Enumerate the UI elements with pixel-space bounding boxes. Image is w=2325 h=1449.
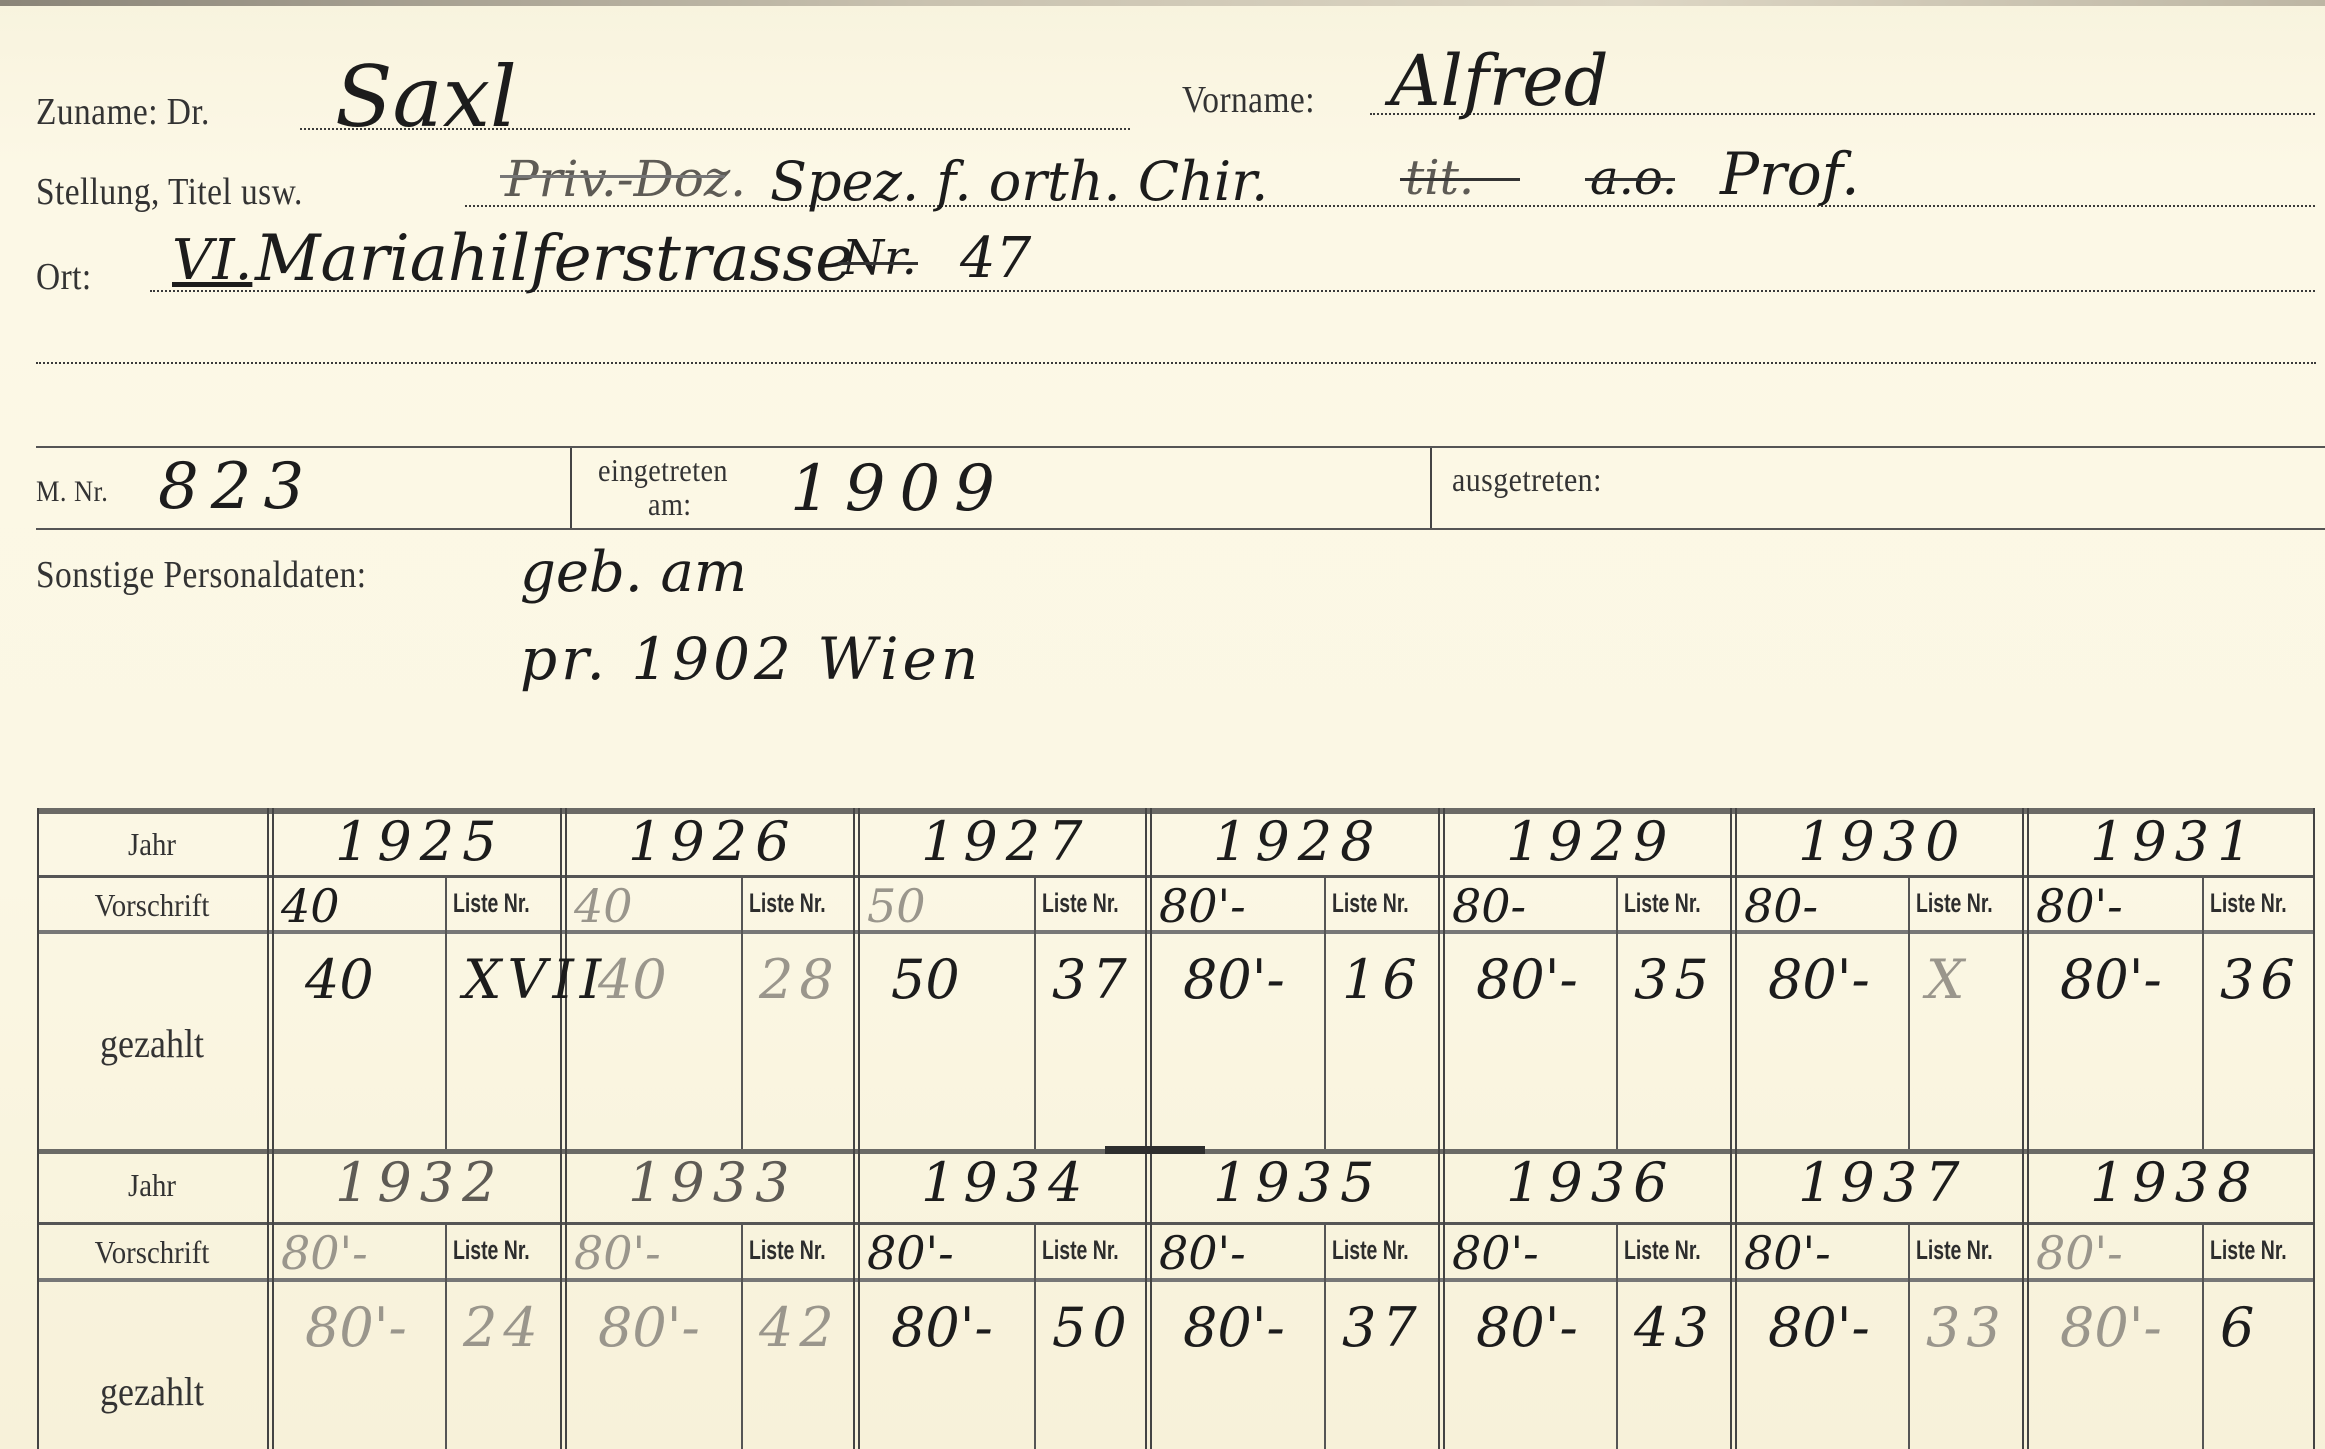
vorname-value: Alfred <box>1390 40 1609 122</box>
year-value: 1929 <box>1506 810 1675 873</box>
eingetreten-value: 1909 <box>790 452 1009 526</box>
ort-label: Ort: <box>36 255 92 299</box>
liste-nr-label: Liste Nr. <box>1624 1235 1701 1266</box>
table-2-column-border <box>1735 1149 1737 1449</box>
liste-nr-label: Liste Nr. <box>1332 1235 1409 1266</box>
table-1-column-border <box>267 808 269 1149</box>
gezahlt-value: 80'- <box>891 1296 993 1359</box>
table-1-subcolumn-border <box>445 875 447 1149</box>
gezahlt-value: 50 <box>891 948 960 1011</box>
vorschrift-value: 80'- <box>2036 1226 2123 1280</box>
year-value: 1930 <box>1798 810 1967 873</box>
year-value: 1926 <box>628 810 797 873</box>
table-2-subcolumn-border <box>1616 1222 1618 1449</box>
gezahlt-value: 80'- <box>2060 1296 2162 1359</box>
table-2-column-border <box>2027 1149 2029 1449</box>
table-1-column-border <box>1730 808 1732 1149</box>
year-value: 1937 <box>1798 1151 1967 1214</box>
year-value: 1928 <box>1213 810 1382 873</box>
liste-nr-value: X <box>1926 948 1970 1011</box>
gezahlt-value: 80'- <box>2060 948 2162 1011</box>
table-2-subcolumn-border <box>1324 1222 1326 1449</box>
mnr-label: M. Nr. <box>36 475 108 509</box>
table-1-column-border <box>858 808 860 1149</box>
liste-nr-value: 33 <box>1926 1296 2007 1359</box>
gezahlt-value: 80'- <box>598 1296 700 1359</box>
stellung-value-2: Prof. <box>1720 140 1860 208</box>
liste-nr-value: 43 <box>1634 1296 1715 1359</box>
table-1-column-border <box>853 808 855 1149</box>
liste-nr-value: 37 <box>1342 1296 1423 1359</box>
table-1-right-border <box>2313 808 2315 1149</box>
vorschrift-value: 80'- <box>1744 1226 1831 1280</box>
table-2-column-border <box>858 1149 860 1449</box>
membership-bottom-rule <box>36 528 2325 530</box>
table-2-subcolumn-border <box>2202 1222 2204 1449</box>
strikethrough <box>1585 178 1675 181</box>
vorschrift-value: 80'- <box>1159 1226 1246 1280</box>
year-value: 1927 <box>921 810 1090 873</box>
table-1-column-border <box>2027 808 2029 1149</box>
zuname-label: Zuname: Dr. <box>36 90 210 134</box>
table-2-row-divider <box>37 1222 2313 1225</box>
table-1-subcolumn-border <box>741 875 743 1149</box>
table-1-column-border <box>1443 808 1445 1149</box>
liste-nr-label: Liste Nr. <box>1042 1235 1119 1266</box>
vorschrift-value: 80- <box>1452 879 1526 933</box>
table-2-column-border <box>853 1149 855 1449</box>
table-2-left-border <box>37 1149 39 1449</box>
vorschrift-value: 80'- <box>281 1226 368 1280</box>
gezahlt-value: 80'- <box>1183 1296 1285 1359</box>
liste-nr-value: 28 <box>759 948 840 1011</box>
liste-nr-label: Liste Nr. <box>1916 1235 1993 1266</box>
stellung-struck-text: Priv.-Doz. <box>505 150 746 208</box>
mnr-value: 823 <box>158 450 316 524</box>
liste-nr-label: Liste Nr. <box>453 1235 530 1266</box>
table-1-subcolumn-border <box>1616 875 1618 1149</box>
table-2-column-border <box>1438 1149 1440 1449</box>
table-2-vorschrift-label: Vorschrift <box>49 1234 256 1271</box>
table-2-subcolumn-border <box>1034 1222 1036 1449</box>
vorschrift-value: 40 <box>574 879 633 933</box>
membership-top-rule <box>36 446 2325 448</box>
liste-nr-value: XVII <box>463 948 607 1011</box>
ort-struck-text: Nr. <box>842 230 917 286</box>
liste-nr-label: Liste Nr. <box>1332 888 1409 919</box>
gezahlt-value: 80'- <box>1768 948 1870 1011</box>
liste-nr-label: Liste Nr. <box>749 1235 826 1266</box>
gezahlt-value: 80'- <box>1183 948 1285 1011</box>
vorschrift-value: 80'- <box>574 1226 661 1280</box>
personal-label: Sonstige Personaldaten: <box>36 553 367 597</box>
year-value: 1936 <box>1506 1151 1675 1214</box>
table-2-column-border <box>2022 1149 2024 1449</box>
vorschrift-value: 80- <box>1744 879 1818 933</box>
gezahlt-value: 80'- <box>1476 1296 1578 1359</box>
liste-nr-label: Liste Nr. <box>749 888 826 919</box>
year-value: 1933 <box>628 1151 797 1214</box>
table-2-gezahlt-label: gezahlt <box>49 1368 256 1415</box>
table-1-gezahlt-label: gezahlt <box>49 1020 256 1067</box>
liste-nr-value: 37 <box>1052 948 1133 1011</box>
liste-nr-value: 16 <box>1342 948 1423 1011</box>
zuname-value: Saxl <box>335 48 517 146</box>
strikethrough <box>500 175 725 178</box>
personal-line-1: geb. am <box>520 540 747 605</box>
table-1-column-border <box>1438 808 1440 1149</box>
membership-divider <box>570 448 572 528</box>
vorname-label: Vorname: <box>1182 78 1315 122</box>
vorschrift-value: 80'- <box>867 1226 954 1280</box>
liste-nr-value: 6 <box>2220 1296 2260 1359</box>
table-2-column-border <box>1145 1149 1147 1449</box>
liste-nr-label: Liste Nr. <box>1624 888 1701 919</box>
gezahlt-value: 40 <box>598 948 667 1011</box>
table-1-column-border <box>1150 808 1152 1149</box>
liste-nr-value: 24 <box>463 1296 544 1359</box>
blank-line <box>36 362 2316 364</box>
table-1-column-border <box>1735 808 1737 1149</box>
liste-nr-value: 35 <box>1634 948 1715 1011</box>
table-1-column-border <box>1145 808 1147 1149</box>
table-1-subcolumn-border <box>1908 875 1910 1149</box>
ausgetreten-label: ausgetreten: <box>1452 462 1602 500</box>
table-2-column-border <box>1730 1149 1732 1449</box>
membership-divider <box>1430 448 1432 528</box>
eingetreten-label: eingetreten <box>598 452 728 489</box>
year-value: 1934 <box>921 1151 1090 1214</box>
table-1-left-border <box>37 808 39 1149</box>
ort-district: VI. <box>172 228 252 293</box>
stellung-label: Stellung, Titel usw. <box>36 170 303 214</box>
liste-nr-label: Liste Nr. <box>1042 888 1119 919</box>
table-2-subcolumn-border <box>445 1222 447 1449</box>
table-2-jahr-label: Jahr <box>49 1167 256 1204</box>
table-2-subcolumn-border <box>741 1222 743 1449</box>
gezahlt-value: 40 <box>305 948 374 1011</box>
liste-nr-value: 36 <box>2220 948 2301 1011</box>
vorschrift-value: 40 <box>281 879 340 933</box>
table-2-subcolumn-border <box>1908 1222 1910 1449</box>
strikethrough <box>838 262 918 265</box>
liste-nr-label: Liste Nr. <box>453 888 530 919</box>
year-value: 1938 <box>2090 1151 2259 1214</box>
table-2-column-border <box>1443 1149 1445 1449</box>
year-value: 1931 <box>2090 810 2259 873</box>
liste-nr-label: Liste Nr. <box>1916 888 1993 919</box>
ort-street: Mariahilferstrasse <box>255 222 853 296</box>
stellung-value: Spez. f. orth. Chir. <box>770 150 1268 213</box>
vorschrift-value: 80'- <box>2036 879 2123 933</box>
table-1-column-border <box>272 808 274 1149</box>
gezahlt-value: 80'- <box>1476 948 1578 1011</box>
table-2-column-border <box>272 1149 274 1449</box>
personal-line-2: pr. 1902 Wien <box>520 625 982 693</box>
liste-nr-value: 42 <box>759 1296 840 1359</box>
strikethrough <box>1400 178 1520 181</box>
card-top-edge <box>0 0 2325 6</box>
table-2-column-border <box>560 1149 562 1449</box>
table-1-column-border <box>2022 808 2024 1149</box>
table-1-vorschrift-label: Vorschrift <box>49 887 256 924</box>
table-separator-mark <box>1105 1146 1205 1154</box>
vorschrift-value: 50 <box>867 879 926 933</box>
ort-number: 47 <box>960 226 1031 291</box>
gezahlt-value: 80'- <box>1768 1296 1870 1359</box>
table-1-subcolumn-border <box>2202 875 2204 1149</box>
table-2-column-border <box>565 1149 567 1449</box>
table-1-jahr-label: Jahr <box>49 826 256 863</box>
gezahlt-value: 80'- <box>305 1296 407 1359</box>
year-value: 1932 <box>335 1151 504 1214</box>
liste-nr-value: 50 <box>1052 1296 1133 1359</box>
year-value: 1925 <box>335 810 504 873</box>
eingetreten-am-label: am: <box>648 486 692 523</box>
table-1-row-divider <box>37 875 2313 878</box>
table-1-subcolumn-border <box>1034 875 1036 1149</box>
year-value: 1935 <box>1213 1151 1382 1214</box>
vorschrift-value: 80'- <box>1452 1226 1539 1280</box>
liste-nr-label: Liste Nr. <box>2210 888 2287 919</box>
table-2-column-border <box>1150 1149 1152 1449</box>
liste-nr-label: Liste Nr. <box>2210 1235 2287 1266</box>
table-1-subcolumn-border <box>1324 875 1326 1149</box>
table-2-right-border <box>2313 1149 2315 1449</box>
table-2-column-border <box>267 1149 269 1449</box>
vorschrift-value: 80'- <box>1159 879 1246 933</box>
